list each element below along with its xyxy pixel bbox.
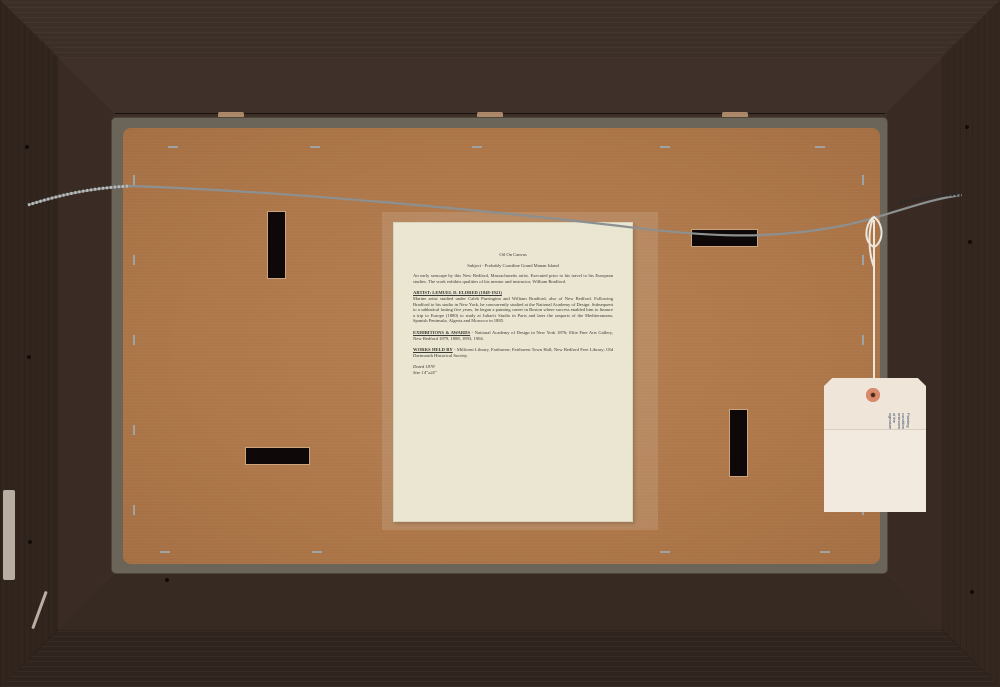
nail-hole (165, 578, 169, 582)
label-artist-heading: ARTIST: LEMUEL D. ELDRED (1848-1921) (413, 290, 502, 295)
staple (815, 146, 825, 148)
label-exhibitions-heading: EXHIBITIONS & AWARDS (413, 330, 470, 335)
label-size: Size 14"x24" (393, 370, 633, 376)
inner-frame-top (58, 58, 942, 114)
label-artist-bio: Marine artist studied under Caleb Purrin… (393, 296, 633, 324)
backing-slot (692, 230, 757, 246)
staple (660, 146, 670, 148)
staple (133, 425, 135, 435)
staple (168, 146, 178, 148)
nail-hole (970, 590, 974, 594)
provenance-label: Oil On Canvas Subject - Probably Coastli… (393, 222, 633, 522)
backing-slot (730, 410, 747, 476)
staple (160, 551, 170, 553)
frame-right-stile (942, 0, 1000, 687)
inner-frame-left (58, 58, 113, 630)
frame-left-stile (0, 0, 58, 687)
staple (133, 255, 135, 265)
staple (862, 335, 864, 345)
staple (660, 551, 670, 553)
nail-hole (25, 145, 29, 149)
nail-hole (968, 240, 972, 244)
backing-slot (268, 212, 285, 278)
nail-hole (965, 125, 969, 129)
nail-hole (27, 355, 31, 359)
staple (310, 146, 320, 148)
staple (862, 175, 864, 185)
paper-tag: Painting condition unknown of the signat… (824, 378, 926, 512)
nail-hole (28, 540, 32, 544)
label-intro: An early seascape by this New Bedford, M… (393, 273, 633, 284)
label-works-heading: WORKS HELD BY (413, 347, 453, 352)
staple (472, 146, 482, 148)
string-knot (860, 212, 890, 282)
staple (133, 175, 135, 185)
staple (133, 505, 135, 515)
inner-frame-bottom (58, 572, 942, 630)
tag-pocket (824, 430, 926, 512)
staple (133, 335, 135, 345)
frame-top-rail (0, 0, 1000, 58)
frame-bottom-rail (0, 629, 1000, 687)
inner-frame-right (887, 58, 942, 630)
paint-scuff (3, 490, 15, 580)
backing-slot (246, 448, 309, 464)
staple (820, 551, 830, 553)
staple (312, 551, 322, 553)
tag-grommet (866, 388, 880, 402)
